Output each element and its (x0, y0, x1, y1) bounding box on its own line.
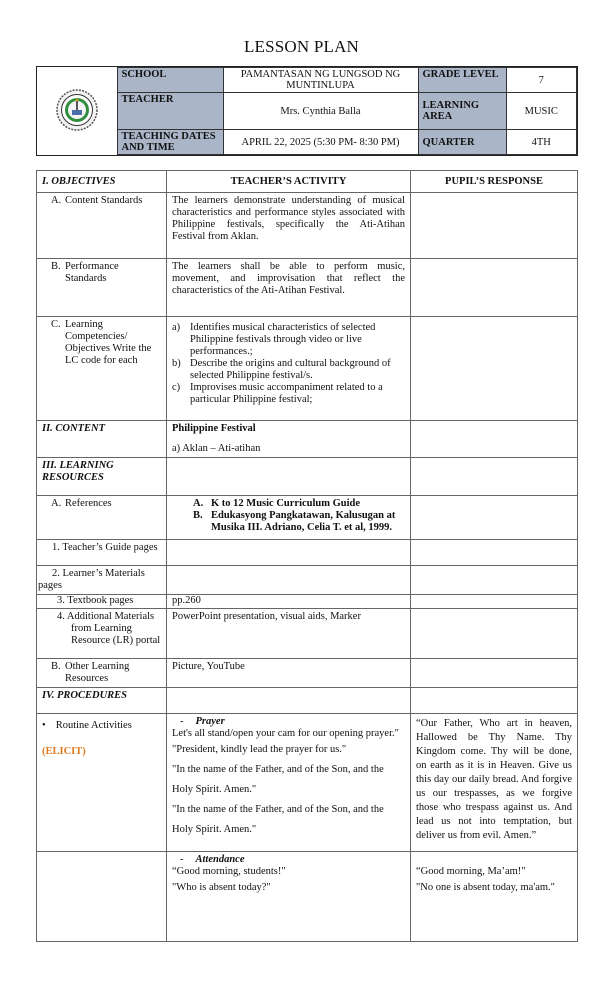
school-seal-logo-icon (55, 88, 99, 132)
teacher-value: Mrs. Cynthia Balla (223, 93, 418, 130)
performance-standards-label: B.Performance Standards (37, 259, 167, 317)
attendance-pupil-cell: “Good morning, Ma’am!" "No one is absent… (411, 852, 578, 942)
elicit-phase-label: (ELICIT) (42, 746, 161, 758)
grade-level-value: 7 (506, 68, 577, 93)
reference-item: B.Edukasyong Pangkatawan, Kalusugan at M… (193, 510, 405, 534)
other-resources-value: Picture, YouTube (167, 659, 411, 688)
competencies-list: a)Identifies musical characteristics of … (167, 317, 411, 421)
content-section-label: II. CONTENT (37, 421, 167, 458)
teachers-guide-value (167, 540, 411, 566)
school-logo-cell (37, 68, 117, 155)
routine-activities-label: •Routine Activities (42, 720, 161, 732)
textbook-label: 3. Textbook pages (37, 595, 167, 609)
school-value: PAMANTASAN NG LUNGSOD NG MUNTINLUPA (223, 68, 418, 93)
pupil-response-header: PUPIL’S RESPONSE (411, 171, 578, 193)
prayer-teacher-cell: -Prayer Let's all stand/open your cam fo… (167, 714, 411, 852)
bullet-icon: • (42, 720, 46, 732)
attendance-teacher-cell: -Attendance “Good morning, students!" "W… (167, 852, 411, 942)
teaching-dates-label: TEACHING DATES AND TIME (117, 130, 223, 155)
competency-item: b)Describe the origins and cultural back… (172, 358, 405, 382)
competencies-label: C.Learning Competencies/ Objectives Writ… (37, 317, 167, 421)
content-standards-response (411, 193, 578, 259)
content-standards-label: A.Content Standards (37, 193, 167, 259)
competencies-response (411, 317, 578, 421)
school-label: SCHOOL (117, 68, 223, 93)
learners-materials-value (167, 566, 411, 595)
learners-materials-label: 2. Learner’s Materials pages (37, 566, 167, 595)
lesson-plan-table: I. OBJECTIVES TEACHER’S ACTIVITY PUPIL’S… (36, 170, 578, 942)
content-section-text: Philippine Festival a) Aklan – Ati-atiha… (167, 421, 411, 458)
competency-item: a)Identifies musical characteristics of … (172, 322, 405, 358)
objectives-header: I. OBJECTIVES (37, 171, 167, 193)
reference-item: A.K to 12 Music Curriculum Guide (193, 498, 405, 510)
teaching-dates-value: APRIL 22, 2025 (5:30 PM- 8:30 PM) (223, 130, 418, 155)
header-info-table: SCHOOL PAMANTASAN NG LUNGSOD NG MUNTINLU… (36, 66, 578, 156)
learning-area-value: MUSIC (506, 93, 577, 130)
document-title: LESSON PLAN (0, 37, 603, 57)
quarter-label: QUARTER (418, 130, 506, 155)
additional-materials-label: 4. Additional Materials from Learning Re… (37, 609, 167, 659)
teachers-guide-label: 1. Teacher’s Guide pages (37, 540, 167, 566)
procedures-label: IV. PROCEDURES (37, 688, 167, 714)
grade-level-label: GRADE LEVEL (418, 68, 506, 93)
teacher-activity-header: TEACHER’S ACTIVITY (167, 171, 411, 193)
competency-item: c)Improvises music accompaniment related… (172, 382, 405, 406)
quarter-value: 4TH (506, 130, 577, 155)
other-resources-label: B.Other Learning Resources (37, 659, 167, 688)
additional-materials-value: PowerPoint presentation, visual aids, Ma… (167, 609, 411, 659)
performance-standards-text: The learners shall be able to perform mu… (167, 259, 411, 317)
learning-area-label: LEARNING AREA (418, 93, 506, 130)
teacher-label: TEACHER (117, 93, 223, 130)
learning-resources-label: III. LEARNING RESOURCES (37, 458, 167, 496)
references-label: A.References (37, 496, 167, 540)
performance-standards-response (411, 259, 578, 317)
prayer-pupil-response: “Our Father, Who art in heaven, Hallowed… (411, 714, 578, 852)
routine-activities-cell: •Routine Activities (ELICIT) (37, 714, 167, 852)
references-list: A.K to 12 Music Curriculum Guide B.Eduka… (167, 496, 411, 540)
textbook-value: pp.260 (167, 595, 411, 609)
attendance-heading: -Attendance (172, 854, 405, 866)
prayer-heading: -Prayer (172, 716, 405, 728)
content-standards-text: The learners demonstrate understanding o… (167, 193, 411, 259)
